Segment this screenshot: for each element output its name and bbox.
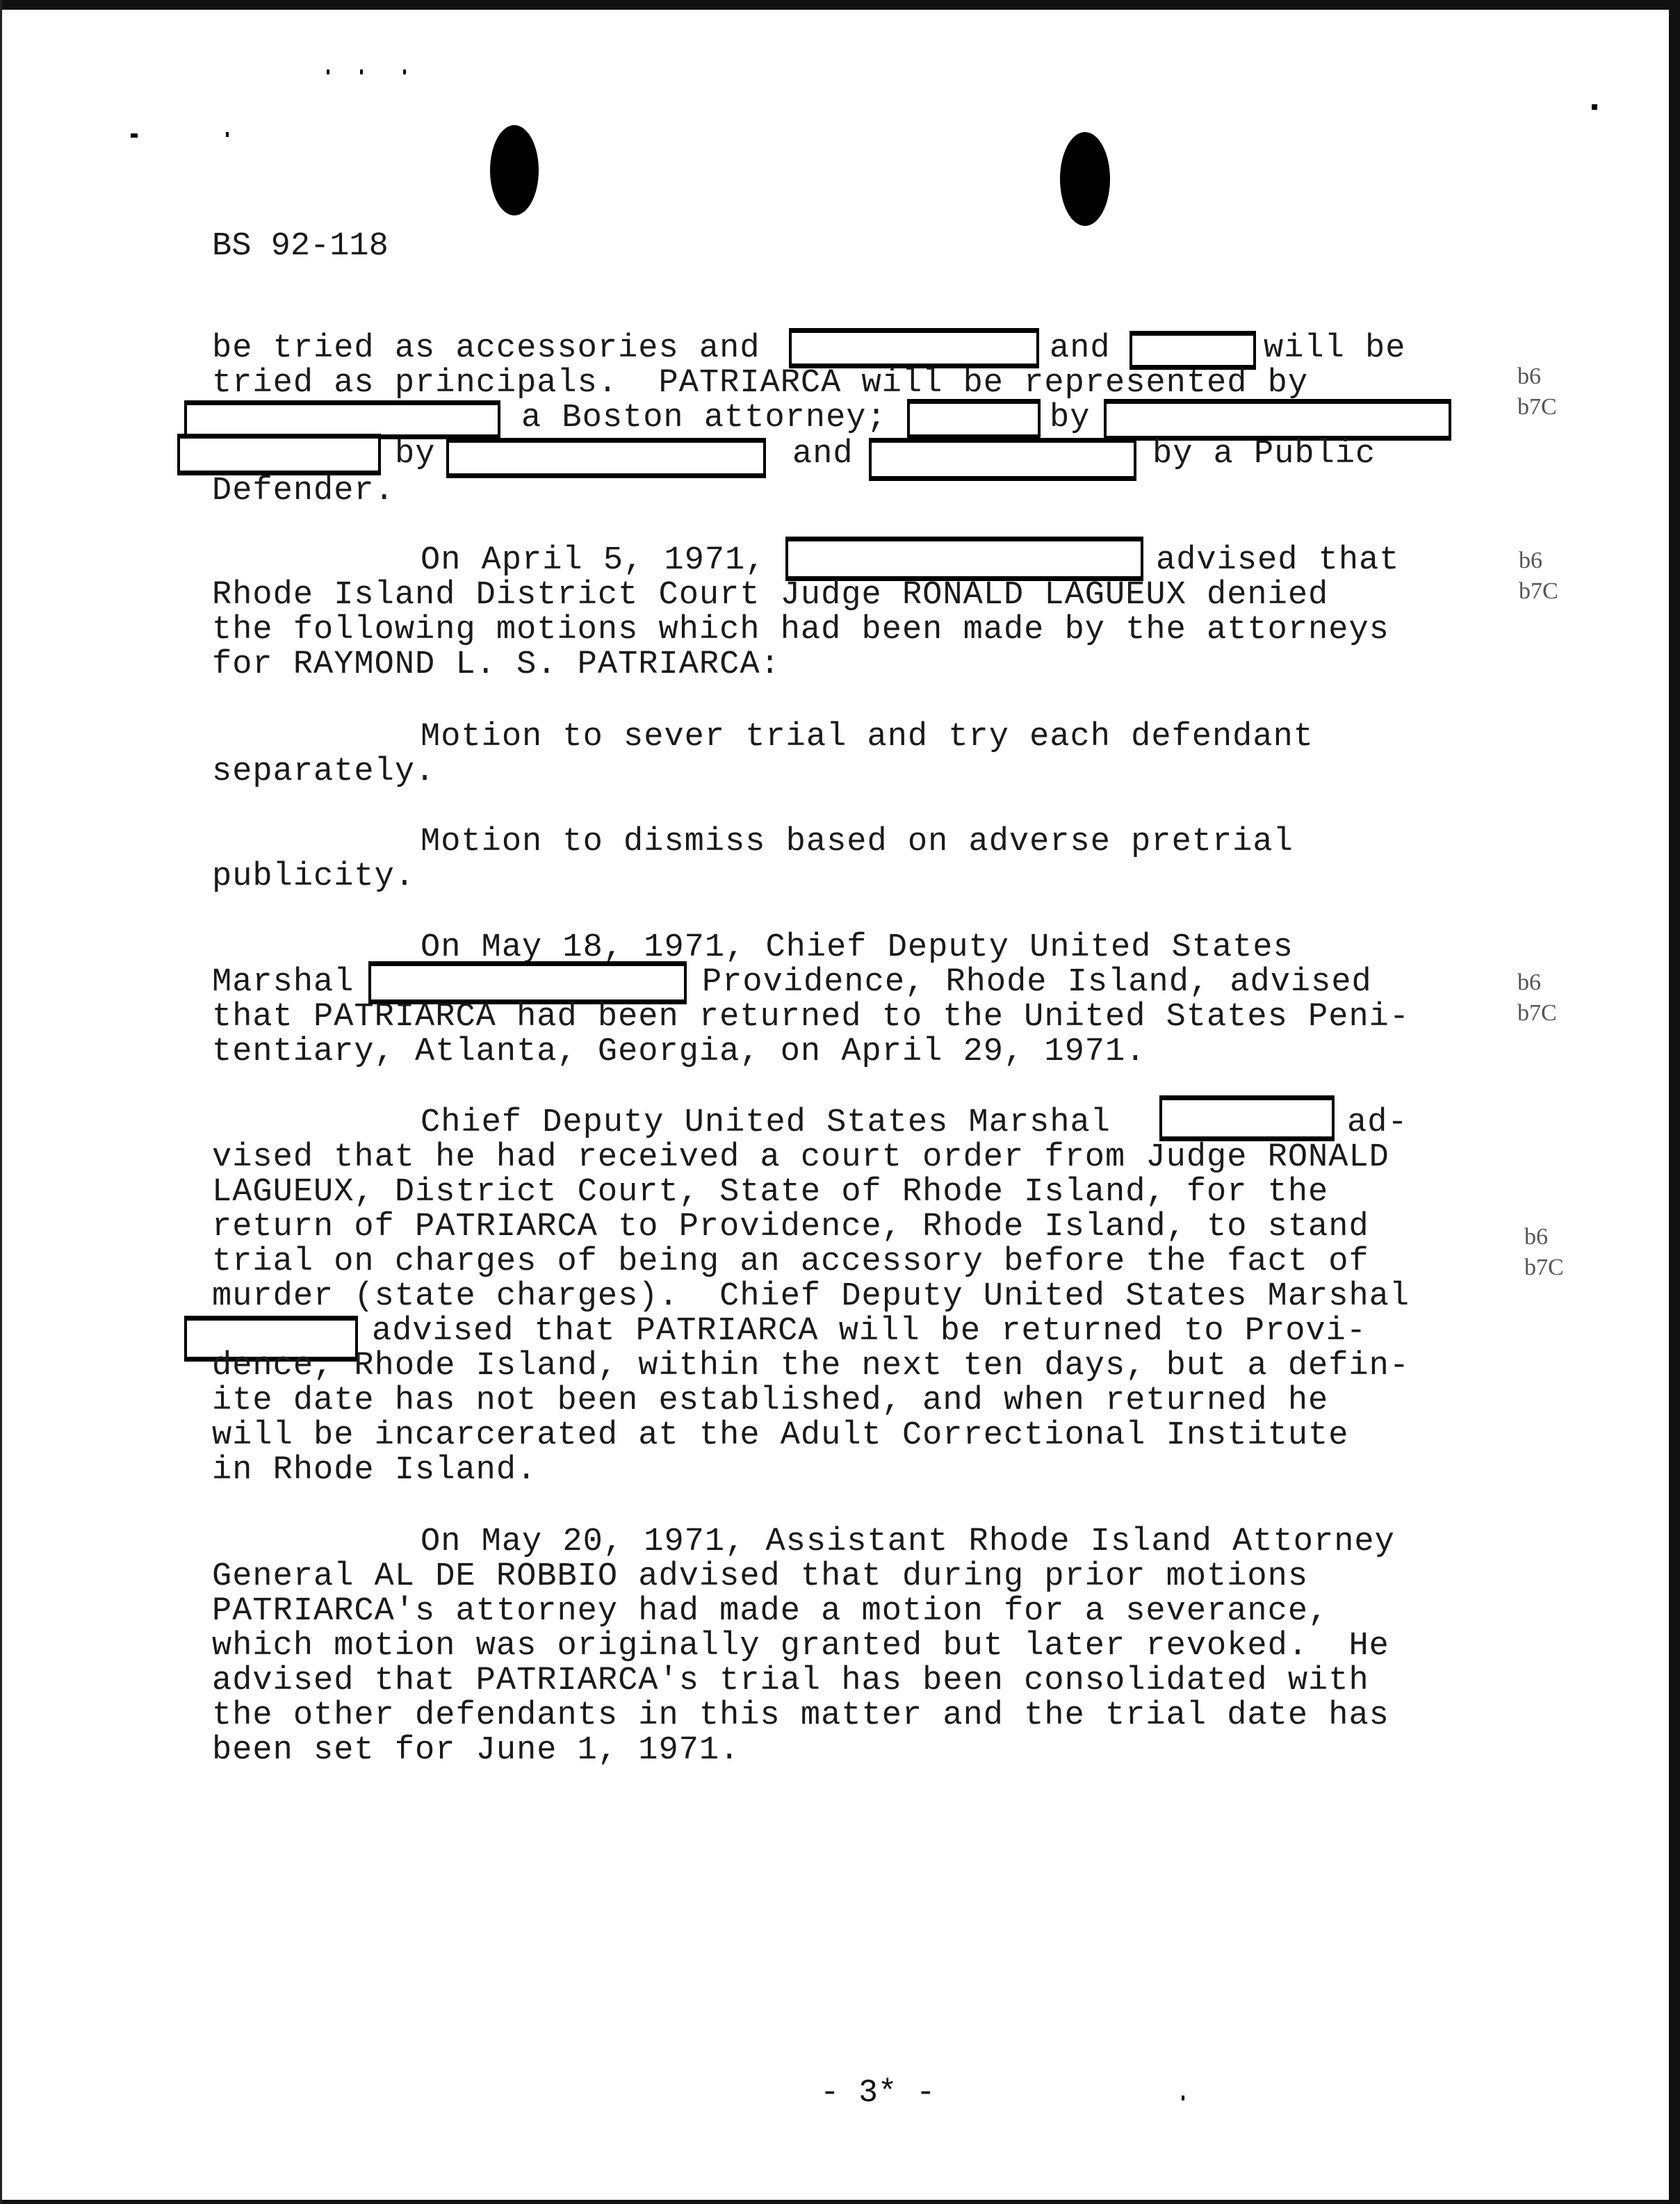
document-page: BS 92-118 be tried as accessories and an… <box>0 0 1680 2204</box>
text-line: Chief Deputy United States Marshal <box>421 1107 1111 1139</box>
text-line: and <box>1050 332 1111 365</box>
exemption-code: b7C <box>1519 576 1558 607</box>
redaction-box <box>785 537 1143 581</box>
text-line: which motion was originally granted but … <box>212 1630 1389 1663</box>
text-line: a Boston attorney; <box>521 402 887 434</box>
exemption-code: b7C <box>1517 998 1557 1029</box>
text-line: in Rhode Island. <box>212 1454 537 1487</box>
scan-edge-top <box>0 0 1680 10</box>
text-line: Marshal <box>212 966 354 999</box>
text-line: the other defendants in this matter and … <box>212 1699 1389 1732</box>
text-line: and <box>792 438 854 471</box>
exemption-code: b7C <box>1517 392 1557 423</box>
exemption-code: b7C <box>1524 1252 1564 1283</box>
redaction-box <box>789 328 1039 368</box>
redaction-box <box>446 438 766 478</box>
exemption-code: b6 <box>1524 1222 1564 1252</box>
redaction-box <box>1159 1095 1335 1141</box>
text-line: advised that PATRIARCA will be returned … <box>372 1315 1367 1348</box>
redaction-box <box>869 438 1136 481</box>
text-line: Rhode Island District Court Judge RONALD… <box>212 579 1328 612</box>
exemption-note: b6 b7C <box>1524 1222 1564 1283</box>
text-line: LAGUEUX, District Court, State of Rhode … <box>212 1176 1328 1209</box>
exemption-note: b6 b7C <box>1519 546 1558 607</box>
redaction-box <box>177 434 381 475</box>
text-line: Defender. <box>212 475 395 507</box>
text-line: the following motions which had been mad… <box>212 614 1389 646</box>
text-line: been set for June 1, 1971. <box>212 1734 740 1767</box>
scan-edge-bottom <box>0 2200 1680 2204</box>
text-line: General AL DE ROBBIO advised that during… <box>212 1560 1308 1593</box>
text-line: return of PATRIARCA to Providence, Rhode… <box>212 1211 1369 1243</box>
text-line: advised that <box>1156 544 1399 577</box>
text-line: Providence, Rhode Island, advised <box>702 966 1372 999</box>
punch-hole-right <box>1060 132 1110 226</box>
scan-speck <box>1182 2096 1184 2100</box>
exemption-code: b6 <box>1517 361 1557 392</box>
exemption-code: b6 <box>1519 546 1558 576</box>
text-line: separately. <box>212 756 435 788</box>
redaction-box <box>907 399 1041 439</box>
text-line: Motion to dismiss based on adverse pretr… <box>421 826 1294 858</box>
text-line: advised that PATRIARCA's trial has been … <box>212 1665 1369 1697</box>
text-line: will be incarcerated at the Adult Correc… <box>212 1419 1348 1452</box>
text-line: tried as principals. PATRIARCA will be r… <box>212 367 1308 400</box>
redaction-box <box>368 961 687 1004</box>
punch-hole-left <box>490 125 539 215</box>
text-line: trial on charges of being an accessory b… <box>212 1246 1369 1278</box>
text-line: vised that he had received a court order… <box>212 1141 1389 1174</box>
text-line: by <box>395 438 435 471</box>
exemption-note: b6 b7C <box>1517 361 1557 423</box>
page-number: - 3* - <box>820 2075 936 2111</box>
exemption-code: b6 <box>1517 968 1557 998</box>
text-line: On May 20, 1971, Assistant Rhode Island … <box>421 1526 1395 1558</box>
redaction-box <box>1104 399 1451 441</box>
scan-speck <box>327 70 329 74</box>
text-line: On May 18, 1971, Chief Deputy United Sta… <box>421 931 1294 964</box>
exemption-note: b6 b7C <box>1517 968 1557 1029</box>
text-line: will be <box>1264 332 1405 365</box>
text-line: PATRIARCA's attorney had made a motion f… <box>212 1595 1328 1628</box>
text-line: On April 5, 1971, <box>421 544 765 577</box>
scan-speck <box>1592 104 1597 110</box>
text-line: by <box>1050 402 1090 434</box>
text-line: that PATRIARCA had been returned to the … <box>212 1001 1410 1034</box>
scan-edge-left <box>0 0 2 2204</box>
text-line: ite date has not been established, and w… <box>212 1385 1328 1417</box>
text-line: publicity. <box>212 860 415 893</box>
text-line: Motion to sever trial and try each defen… <box>421 721 1314 753</box>
redaction-box <box>1129 331 1256 370</box>
text-line: be tried as accessories and <box>212 332 760 365</box>
text-line: tentiary, Atlanta, Georgia, on April 29,… <box>212 1036 1145 1068</box>
scan-speck <box>226 132 229 137</box>
scan-speck <box>360 70 363 74</box>
text-line: murder (state charges). Chief Deputy Uni… <box>212 1280 1410 1313</box>
text-line: for RAYMOND L. S. PATRIARCA: <box>212 648 781 681</box>
scan-speck <box>131 133 138 138</box>
file-number: BS 92-118 <box>212 228 389 265</box>
text-line: dence, Rhode Island, within the next ten… <box>212 1350 1410 1382</box>
text-line: by a Public <box>1152 438 1376 471</box>
text-line: ad- <box>1347 1107 1408 1139</box>
scan-speck <box>403 70 406 74</box>
scan-edge-right <box>1669 0 1680 2204</box>
